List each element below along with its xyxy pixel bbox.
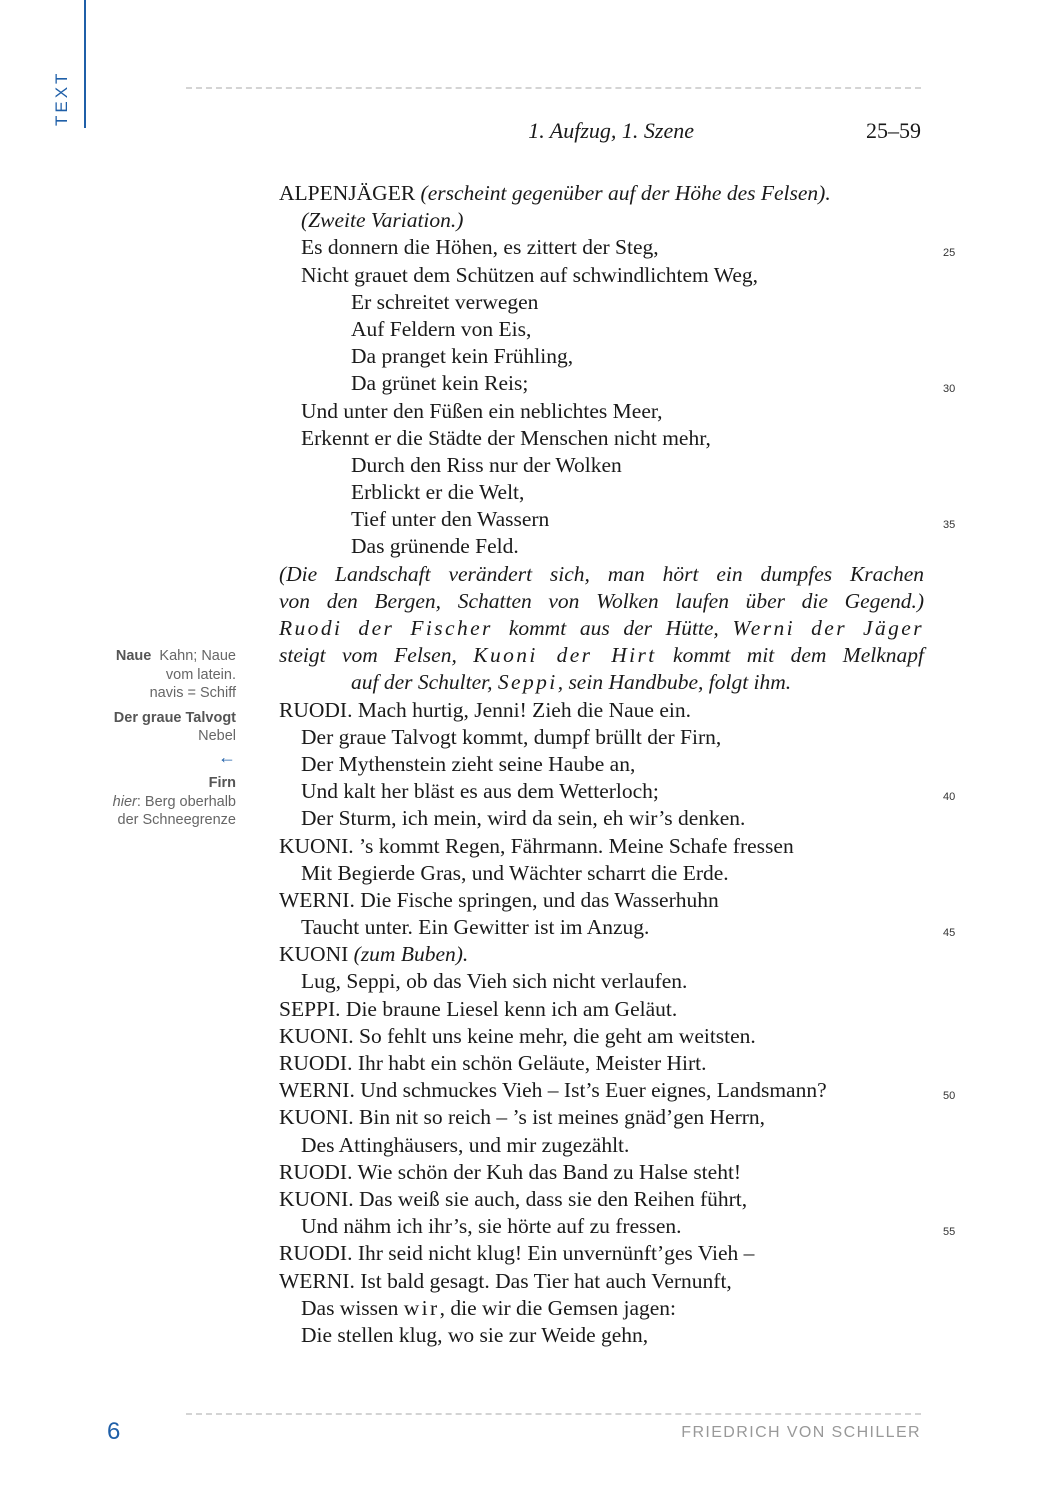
character-name: Seppi <box>498 670 558 694</box>
verse-text: Da grünet kein Reis; <box>351 371 528 395</box>
verse-line: Des Attinghäusers, und mir zugezählt. <box>279 1132 924 1159</box>
gloss-talvogt: Der graue Talvogt Nebel ← <box>36 709 236 768</box>
stage-text: kommt aus der Hütte, <box>509 616 733 640</box>
character-name: Ruodi <box>279 616 342 640</box>
verse-text: Es donnern die Höhen, es zittert der Ste… <box>301 235 659 259</box>
character-role: der Jäger <box>795 616 924 640</box>
verse-line: WERNI. Ist bald gesagt. Das Tier hat auc… <box>279 1268 924 1295</box>
gloss-term: Naue <box>116 648 151 664</box>
line-number: 55 <box>943 1219 955 1246</box>
verse-line: KUONI (zum Buben). <box>279 941 924 968</box>
speaker: ALPENJÄGER <box>279 181 421 205</box>
verse-line: Lug, Seppi, ob das Vieh sich nicht verla… <box>279 968 924 995</box>
verse-line: Die stellen klug, wo sie zur Weide gehn, <box>279 1322 924 1349</box>
verse-line: Das wissen wir, die wir die Gemsen jagen… <box>279 1295 924 1322</box>
character-name: Werni <box>732 616 795 640</box>
verse-line: RUODI. Wie schön der Kuh das Band zu Hal… <box>279 1159 924 1186</box>
verse-line: Da pranget kein Frühling, <box>279 343 924 370</box>
section-label-text: TEXT <box>52 71 72 126</box>
verse-line: Erblickt er die Welt, <box>279 479 924 506</box>
bottom-divider <box>186 1413 921 1415</box>
gloss-definition: Kahn; Naue <box>159 648 236 664</box>
gloss-definition: vom latein. <box>36 666 236 685</box>
verse-text: Das wissen <box>301 1296 404 1320</box>
verse-text: Und nähm ich ihr’s, sie hörte auf zu fre… <box>301 1214 682 1238</box>
verse-line: RUODI. Mach hurtig, Jenni! Zieh die Naue… <box>279 697 924 724</box>
top-divider <box>186 87 921 89</box>
speaker: KUONI <box>279 942 354 966</box>
line-number: 45 <box>943 920 955 947</box>
verse-line: Erkennt er die Städte der Menschen nicht… <box>279 425 924 452</box>
section-label: TEXT <box>50 70 74 130</box>
verse-line: Und nähm ich ihr’s, sie hörte auf zu fre… <box>279 1213 924 1240</box>
emphasis: wir <box>404 1296 440 1320</box>
verse-line: RUODI. Ihr habt ein schön Geläute, Meist… <box>279 1050 924 1077</box>
verse-line: KUONI. ’s kommt Regen, Fährmann. Meine S… <box>279 833 924 860</box>
gloss-term: Der graue Talvogt <box>114 710 236 726</box>
line-number: 50 <box>943 1083 955 1110</box>
arrow-left-icon: ← <box>36 746 236 768</box>
stage-text: auf der Schulter, <box>351 670 498 694</box>
verse-line: Und kalt her bläst es aus dem Wetterloch… <box>279 778 924 805</box>
page-number: 6 <box>107 1418 120 1446</box>
verse-line: SEPPI. Die braune Liesel kenn ich am Gel… <box>279 996 924 1023</box>
verse-line: Der Sturm, ich mein, wird da sein, eh wi… <box>279 805 924 832</box>
play-text: ALPENJÄGER (erscheint gegenüber auf der … <box>279 180 924 1349</box>
verse-line: Das grünende Feld. <box>279 533 924 560</box>
gloss-firn: Firn hier: Berg oberhalb der Schneegrenz… <box>36 774 236 830</box>
verse-line: (Zweite Variation.) <box>279 207 924 234</box>
stage-direction: steigt vom Felsen, Kuoni der Hirt kommt … <box>279 642 924 669</box>
verse-line: Durch den Riss nur der Wolken <box>279 452 924 479</box>
verse-line: Auf Feldern von Eis, <box>279 316 924 343</box>
verse-line: KUONI. Das weiß sie auch, dass sie den R… <box>279 1186 924 1213</box>
verse-text: Tief unter den Wassern <box>351 507 549 531</box>
stage-direction: auf der Schulter, Seppi, sein Handbube, … <box>279 669 924 696</box>
verse-line: WERNI. Die Fische springen, und das Wass… <box>279 887 924 914</box>
character-role: Hirt <box>611 643 656 667</box>
running-header: 1. Aufzug, 1. Szene 25–59 <box>280 118 921 148</box>
verse-line: Es donnern die Höhen, es zittert der Ste… <box>279 234 924 261</box>
gloss-naue: Naue Kahn; Naue vom latein. navis = Schi… <box>36 647 236 703</box>
verse-line: Der Mythenstein zieht seine Haube an, <box>279 751 924 778</box>
line-number: 30 <box>943 376 955 403</box>
verse-text: Taucht unter. Ein Gewitter ist im Anzug. <box>301 915 649 939</box>
verse-line: Tief unter den Wassern35 <box>279 506 924 533</box>
verse-text: , die wir die Gemsen jagen: <box>440 1296 676 1320</box>
verse-line: Nicht grauet dem Schützen auf schwindlic… <box>279 262 924 289</box>
verse-line: ALPENJÄGER (erscheint gegenüber auf der … <box>279 180 924 207</box>
line-number: 25 <box>943 240 955 267</box>
character-name: Kuoni <box>473 643 538 667</box>
gloss-definition: der Schneegrenze <box>36 811 236 830</box>
margin-glossary: Naue Kahn; Naue vom latein. navis = Schi… <box>36 647 236 836</box>
stage-text: , sein Handbube, folgt ihm. <box>558 670 792 694</box>
verse-line: WERNI. Und schmuckes Vieh – Ist’s Euer e… <box>279 1077 924 1104</box>
verse-line: Und unter den Füßen ein neblichtes Meer, <box>279 398 924 425</box>
line-number: 35 <box>943 512 955 539</box>
gloss-qualifier: hier <box>113 794 137 810</box>
verse-line: Er schreitet verwegen <box>279 289 924 316</box>
verse-line: RUODI. Ihr seid nicht klug! Ein unvernün… <box>279 1240 924 1267</box>
line-range: 25–59 <box>866 118 921 144</box>
stage-direction: von den Bergen, Schatten von Wolken lauf… <box>279 588 924 615</box>
verse-line: KUONI. So fehlt uns keine mehr, die geht… <box>279 1023 924 1050</box>
stage-direction: (zum Buben). <box>354 942 469 966</box>
stage-text: der <box>538 643 611 667</box>
gloss-definition: : Berg oberhalb <box>137 794 236 810</box>
section-rule <box>84 0 86 128</box>
verse-line: KUONI. Bin nit so reich – ’s ist meines … <box>279 1104 924 1131</box>
stage-direction: Ruodi der Fischer kommt aus der Hütte, W… <box>279 615 924 642</box>
stage-text: kommt mit dem Melknapf <box>657 643 924 667</box>
verse-text: WERNI. Und schmuckes Vieh – Ist’s Euer e… <box>279 1078 827 1102</box>
gloss-term: Firn <box>209 775 236 791</box>
stage-direction: (erscheint gegenüber auf der Höhe des Fe… <box>421 181 831 205</box>
stage-text: steigt vom Felsen, <box>279 643 473 667</box>
verse-line: Mit Begierde Gras, und Wächter scharrt d… <box>279 860 924 887</box>
verse-line: Taucht unter. Ein Gewitter ist im Anzug.… <box>279 914 924 941</box>
scene-title: 1. Aufzug, 1. Szene <box>528 118 694 144</box>
verse-line: Der graue Talvogt kommt, dumpf brüllt de… <box>279 724 924 751</box>
verse-line: Da grünet kein Reis;30 <box>279 370 924 397</box>
character-role: der Fischer <box>342 616 509 640</box>
line-number: 40 <box>943 784 955 811</box>
gloss-definition: Nebel <box>36 727 236 746</box>
gloss-definition: navis = Schiff <box>36 684 236 703</box>
verse-text: Und kalt her bläst es aus dem Wetterloch… <box>301 779 659 803</box>
author-name: FRIEDRICH VON SCHILLER <box>681 1424 921 1442</box>
stage-direction: (Die Landschaft verändert sich, man hört… <box>279 561 924 588</box>
